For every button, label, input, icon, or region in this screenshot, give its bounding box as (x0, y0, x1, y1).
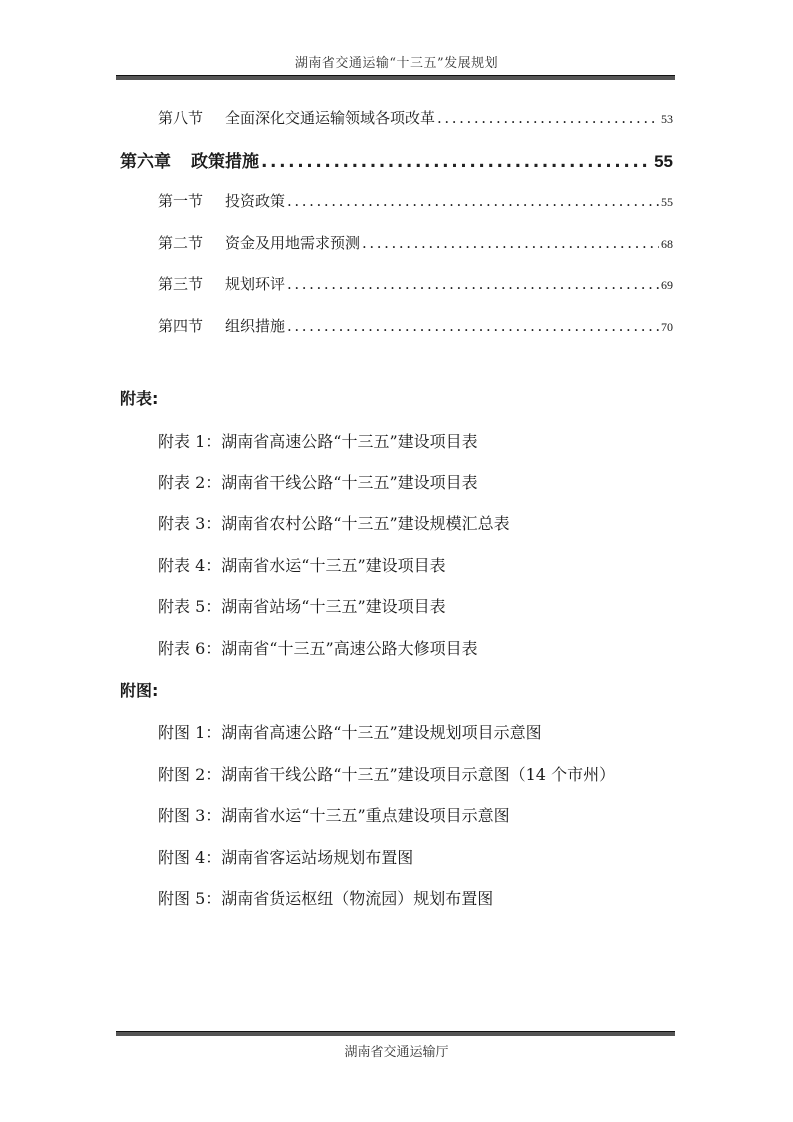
appendix-figure-item-2: 附图 2：湖南省干线公路“十三五”建设项目示意图（14 个市州） (158, 762, 615, 785)
footer-divider (116, 1031, 675, 1036)
toc-leader-dots (287, 317, 659, 335)
page-header-title: 湖南省交通运输“十三五”发展规划 (0, 52, 793, 71)
appendix-table-item-6: 附表 6：湖南省“十三五”高速公路大修项目表 (158, 636, 478, 659)
toc-page-number: 53 (661, 112, 673, 127)
toc-section-title: 规划环评 (225, 273, 285, 294)
appendix-table-item-3: 附表 3：湖南省农村公路“十三五”建设规模汇总表 (158, 511, 510, 534)
toc-section-title: 组织措施 (225, 315, 285, 336)
toc-leader-dots (261, 152, 652, 171)
toc-leader-dots (437, 109, 659, 127)
appendix-figure-item-5: 附图 5：湖南省货运枢纽（物流园）规划布置图 (158, 886, 493, 909)
appendix-table-item-1: 附表 1：湖南省高速公路“十三五”建设项目表 (158, 429, 478, 452)
toc-chapter-title: 政策措施 (191, 147, 259, 171)
appendix-figure-item-1: 附图 1：湖南省高速公路“十三五”建设规划项目示意图 (158, 720, 542, 743)
toc-leader-dots (287, 192, 659, 210)
toc-leader-dots (362, 234, 659, 252)
toc-page-number: 69 (661, 278, 673, 293)
appendix-table-item-2: 附表 2：湖南省干线公路“十三五”建设项目表 (158, 470, 478, 493)
appendix-table-item-5: 附表 5：湖南省站场“十三五”建设项目表 (158, 594, 446, 617)
toc-page-number: 55 (654, 152, 673, 171)
toc-section-title: 投资政策 (225, 190, 285, 211)
toc-section-number: 第八节 (158, 107, 203, 128)
toc-page-number: 55 (661, 195, 673, 210)
toc-entry-chapter-6[interactable]: 第六章 政策措施 55 (120, 147, 673, 171)
header-divider (116, 75, 675, 80)
toc-entry-section-2[interactable]: 第二节 资金及用地需求预测 68 (158, 232, 673, 254)
toc-chapter-number: 第六章 (120, 147, 171, 171)
toc-section-number: 第二节 (158, 232, 203, 253)
toc-entry-section-4[interactable]: 第四节 组织措施 70 (158, 315, 673, 337)
toc-section-title: 资金及用地需求预测 (225, 232, 360, 253)
toc-section-number: 第四节 (158, 315, 203, 336)
toc-page-number: 70 (661, 320, 673, 335)
appendix-tables-heading: 附表: (120, 386, 158, 409)
appendix-figure-item-4: 附图 4：湖南省客运站场规划布置图 (158, 845, 413, 868)
appendix-figures-heading: 附图: (120, 678, 158, 701)
toc-entry-section-3[interactable]: 第三节 规划环评 69 (158, 273, 673, 295)
toc-section-number: 第一节 (158, 190, 203, 211)
toc-page-number: 68 (661, 237, 673, 252)
page-footer-text: 湖南省交通运输厅 (0, 1041, 793, 1060)
toc-leader-dots (287, 275, 659, 293)
toc-section-title: 全面深化交通运输领域各项改革 (225, 107, 435, 128)
toc-entry-section-1[interactable]: 第一节 投资政策 55 (158, 190, 673, 212)
appendix-table-item-4: 附表 4：湖南省水运“十三五”建设项目表 (158, 553, 446, 576)
appendix-figure-item-3: 附图 3：湖南省水运“十三五”重点建设项目示意图 (158, 803, 510, 826)
toc-section-number: 第三节 (158, 273, 203, 294)
toc-entry-section-8[interactable]: 第八节 全面深化交通运输领域各项改革 53 (158, 107, 673, 129)
